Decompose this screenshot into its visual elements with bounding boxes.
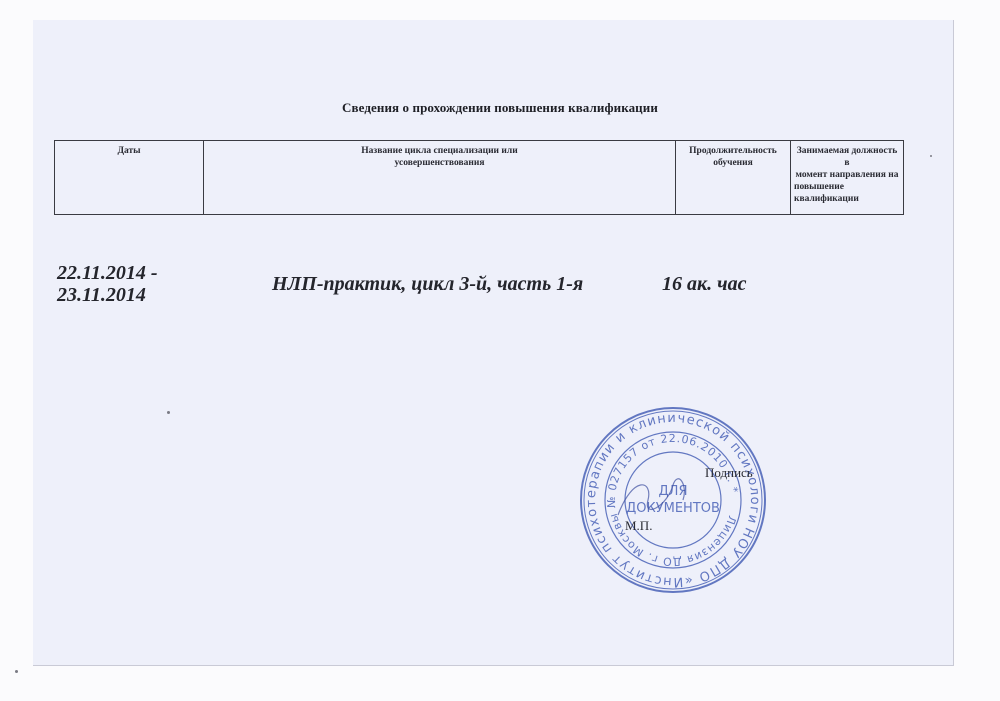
signature-label: Подпись bbox=[705, 465, 753, 481]
document-title: Сведения о прохождении повышения квалифи… bbox=[0, 100, 1000, 116]
scan-speck bbox=[15, 670, 18, 673]
header-position-line3: повышение bbox=[794, 181, 900, 193]
header-duration-line2: обучения bbox=[679, 157, 787, 169]
scan-speck bbox=[167, 411, 170, 414]
header-position-line4: квалификации bbox=[794, 193, 900, 205]
header-course-name: Название цикла специализации или усоверш… bbox=[204, 141, 676, 215]
entry-date-to: 23.11.2014 bbox=[57, 284, 217, 306]
header-duration-line1: Продолжительность bbox=[679, 145, 787, 157]
table-header-row: Даты Название цикла специализации или ус… bbox=[55, 141, 904, 215]
header-position-line2: момент направления на bbox=[794, 169, 900, 181]
paper-sheet bbox=[33, 20, 954, 666]
seal-place-label: М.П. bbox=[625, 518, 652, 534]
scanned-page: Сведения о прохождении повышения квалифи… bbox=[0, 0, 1000, 701]
header-dates: Даты bbox=[55, 141, 204, 215]
qualification-table: Даты Название цикла специализации или ус… bbox=[54, 140, 904, 215]
header-course-name-line1: Название цикла специализации или bbox=[207, 145, 672, 157]
header-course-name-line2: усовершенствования bbox=[207, 157, 672, 169]
entry-duration: 16 ак. час bbox=[662, 273, 747, 295]
organization-stamp-icon: НОУ ДПО «Институт психотерапии и клиниче… bbox=[578, 405, 768, 595]
scan-speck bbox=[930, 155, 932, 157]
entry-course-name: НЛП-практик, цикл 3-й, часть 1-я bbox=[272, 273, 583, 295]
header-position-line1: Занимаемая должность в bbox=[794, 145, 900, 169]
header-dates-label: Даты bbox=[117, 146, 140, 156]
svg-text:ДОКУМЕНТОВ: ДОКУМЕНТОВ bbox=[626, 501, 720, 516]
entry-date-from: 22.11.2014 - bbox=[57, 262, 217, 284]
entry-dates: 22.11.2014 - 23.11.2014 bbox=[57, 262, 217, 306]
header-position: Занимаемая должность в момент направлени… bbox=[791, 141, 904, 215]
header-duration: Продолжительность обучения bbox=[676, 141, 791, 215]
